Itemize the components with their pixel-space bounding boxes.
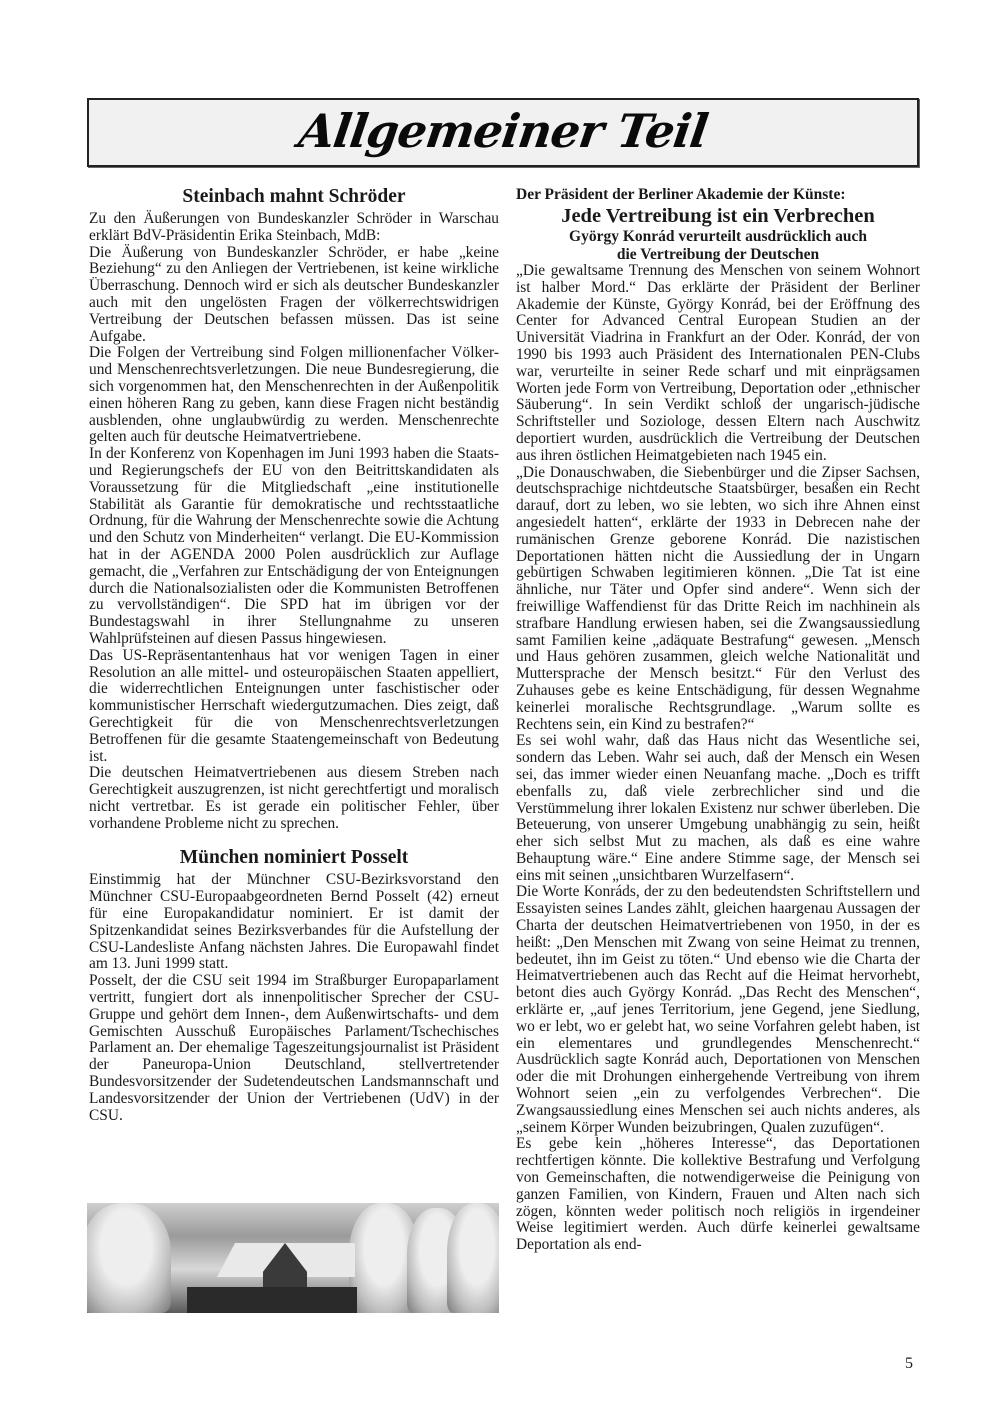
paragraph: Die Folgen der Vertreibung sind Folgen m… (89, 345, 499, 446)
snowy-cabin-photo (87, 1203, 499, 1313)
right-column: Der Präsident der Berliner Akademie der … (516, 186, 920, 1254)
paragraph: Es gebe kein „höheres Interesse“, das De… (516, 1136, 920, 1254)
left-column: Steinbach mahnt Schröder Zu den Äußerung… (89, 186, 499, 1124)
paragraph: Posselt, der die CSU seit 1994 im Straßb… (89, 973, 499, 1124)
article-kicker: Der Präsident der Berliner Akademie der … (516, 186, 920, 204)
paragraph: Einstimmig hat der Münchner CSU-Bezirksv… (89, 872, 499, 973)
paragraph: Es sei wohl wahr, daß das Haus nicht das… (516, 733, 920, 884)
paragraph: „Die gewaltsame Trennung des Menschen vo… (516, 263, 920, 465)
section-header-box: Allgemeiner Teil (87, 98, 919, 167)
article-subtitle-line1: György Konrád verurteilt ausdrücklich au… (516, 228, 920, 246)
article-subtitle-line2: die Vertreibung der Deutschen (516, 246, 920, 264)
paragraph: „Die Donauschwaben, die Siebenbürger und… (516, 465, 920, 734)
page-number: 5 (905, 1355, 913, 1373)
paragraph: In der Konferenz von Kopenhagen im Juni … (89, 446, 499, 648)
paragraph: Die Worte Konráds, der zu den bedeutends… (516, 884, 920, 1136)
paragraph: Das US-Repräsentantenhaus hat vor wenige… (89, 648, 499, 766)
paragraph: Zu den Äußerungen von Bundeskanzler Schr… (89, 211, 499, 245)
paragraph: Die Äußerung von Bundeskanzler Schröder,… (89, 245, 499, 346)
article-title-konrad: Jede Vertreibung ist ein Verbrechen (516, 204, 920, 228)
paragraph: Die deutschen Heimatvertriebenen aus die… (89, 765, 499, 832)
article-title-steinbach: Steinbach mahnt Schröder (89, 186, 499, 208)
article-title-posselt: München nominiert Posselt (89, 847, 499, 869)
section-title: Allgemeiner Teil (85, 104, 921, 158)
